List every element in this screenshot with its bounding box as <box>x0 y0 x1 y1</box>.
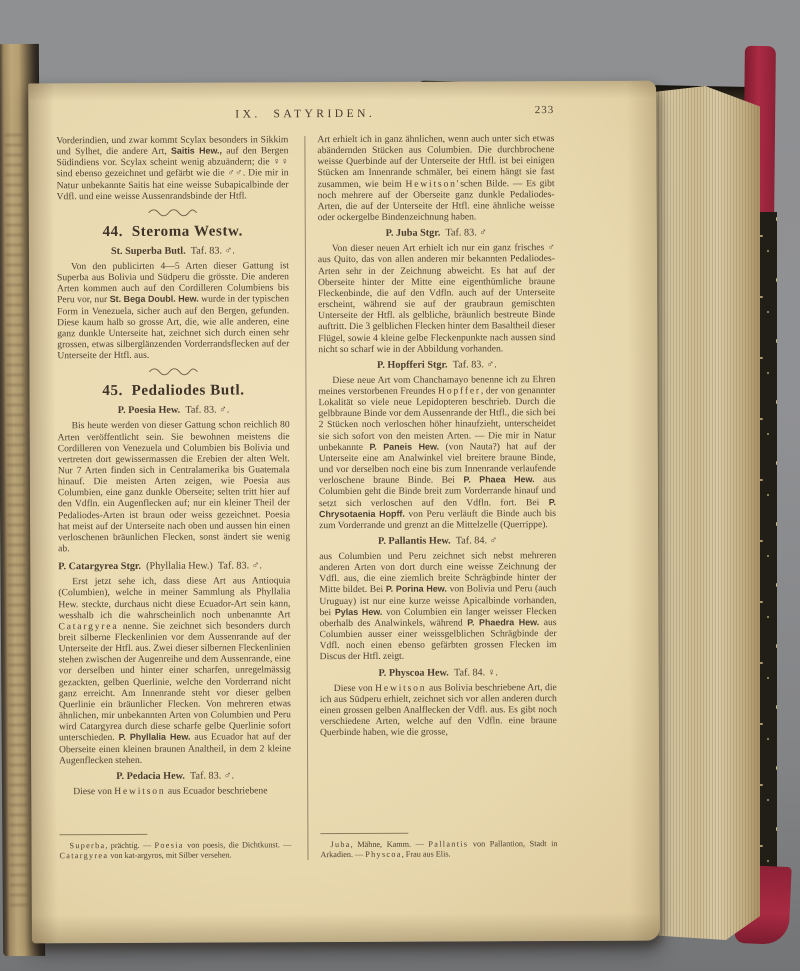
footnote-rule <box>59 833 147 834</box>
chapter-title: IX. SATYRIDEN. <box>235 108 375 121</box>
pedacia-heading: P. Pedacia Hew. Taf. 83. ♂. <box>59 770 291 783</box>
column-divider <box>304 136 308 860</box>
page-content: IX. SATYRIDEN. 233 Vorderindien, und zwa… <box>56 103 557 861</box>
hopfferi-heading: P. Hopfferi Stgr. Taf. 83. ♂. <box>318 359 555 372</box>
squiggle-divider-icon <box>57 207 289 217</box>
paragraph-hopfferi: Diese neue Art vom Chanchamayo benenne i… <box>318 374 556 531</box>
juba-heading: P. Juba Stgr. Taf. 83. ♂ <box>318 227 555 240</box>
column-right: Art erhielt ich in ganz ähnlichen, wenn … <box>317 133 557 860</box>
paragraph-superba: Von den publicirten 4—5 Arten dieser Gat… <box>57 260 289 361</box>
footnote-right: Juba, Mähne, Kamm. — Pallantis von Palla… <box>320 832 557 860</box>
pallantis-heading: P. Pallantis Hew. Taf. 84. ♂ <box>319 535 556 548</box>
paragraph-pedacia: Diese von Hewitson aus Ecuador beschrieb… <box>59 785 291 797</box>
paragraph-scylax-continuation: Vorderindien, und zwar kommt Scylax beso… <box>56 134 288 202</box>
catargyrea-heading: P. Catargyrea Stgr. (Phyllalia Hew.) Taf… <box>58 560 290 573</box>
paragraph-catargyrea: Erst jetzt sehe ich, dass diese Art aus … <box>58 575 291 766</box>
squiggle-divider-icon <box>57 367 289 377</box>
footnote-right-text: Juba, Mähne, Kamm. — Pallantis von Palla… <box>320 839 557 860</box>
page-number: 233 <box>535 104 555 116</box>
column-left: Vorderindien, und zwar kommt Scylax beso… <box>56 134 291 861</box>
section-44-heading: 44. Steroma Westw. <box>57 223 289 241</box>
text-columns: Vorderindien, und zwar kommt Scylax beso… <box>56 133 557 861</box>
paragraph-juba: Von dieser neuen Art erhielt ich nur ein… <box>318 242 555 355</box>
paragraph-physcoa: Diese von Hewitson aus Bolivia beschrieb… <box>320 682 557 739</box>
book-page: IX. SATYRIDEN. 233 Vorderindien, und zwa… <box>28 81 660 944</box>
paragraph-pallantis: aus Columbien und Peru zeichnet sich neb… <box>319 550 556 663</box>
paragraph-pedacia-continuation: Art erhielt ich in ganz ähnlichen, wenn … <box>317 133 554 223</box>
section-45-subheading: P. Poesia Hew. Taf. 83. ♂. <box>58 405 290 418</box>
section-45-heading: 45. Pedaliodes Butl. <box>57 383 289 401</box>
footnote-left-text: Superba, prächtig. — Poesia von poesis, … <box>59 840 291 861</box>
left-edge-text-marks <box>4 134 27 914</box>
page-header: IX. SATYRIDEN. 233 <box>56 103 554 127</box>
footnote-left: Superba, prächtig. — Poesia von poesis, … <box>59 833 291 861</box>
footnote-rule <box>320 832 408 833</box>
book-photo: IX. SATYRIDEN. 233 Vorderindien, und zwa… <box>0 0 800 971</box>
physcoa-heading: P. Physcoa Hew. Taf. 84. ♀. <box>320 667 557 680</box>
book-fore-edge <box>646 86 760 940</box>
paragraph-poesia: Bis heute werden von dieser Gattung scho… <box>58 420 291 555</box>
section-44-subheading: St. Superba Butl. Taf. 83. ♂. <box>57 245 289 258</box>
